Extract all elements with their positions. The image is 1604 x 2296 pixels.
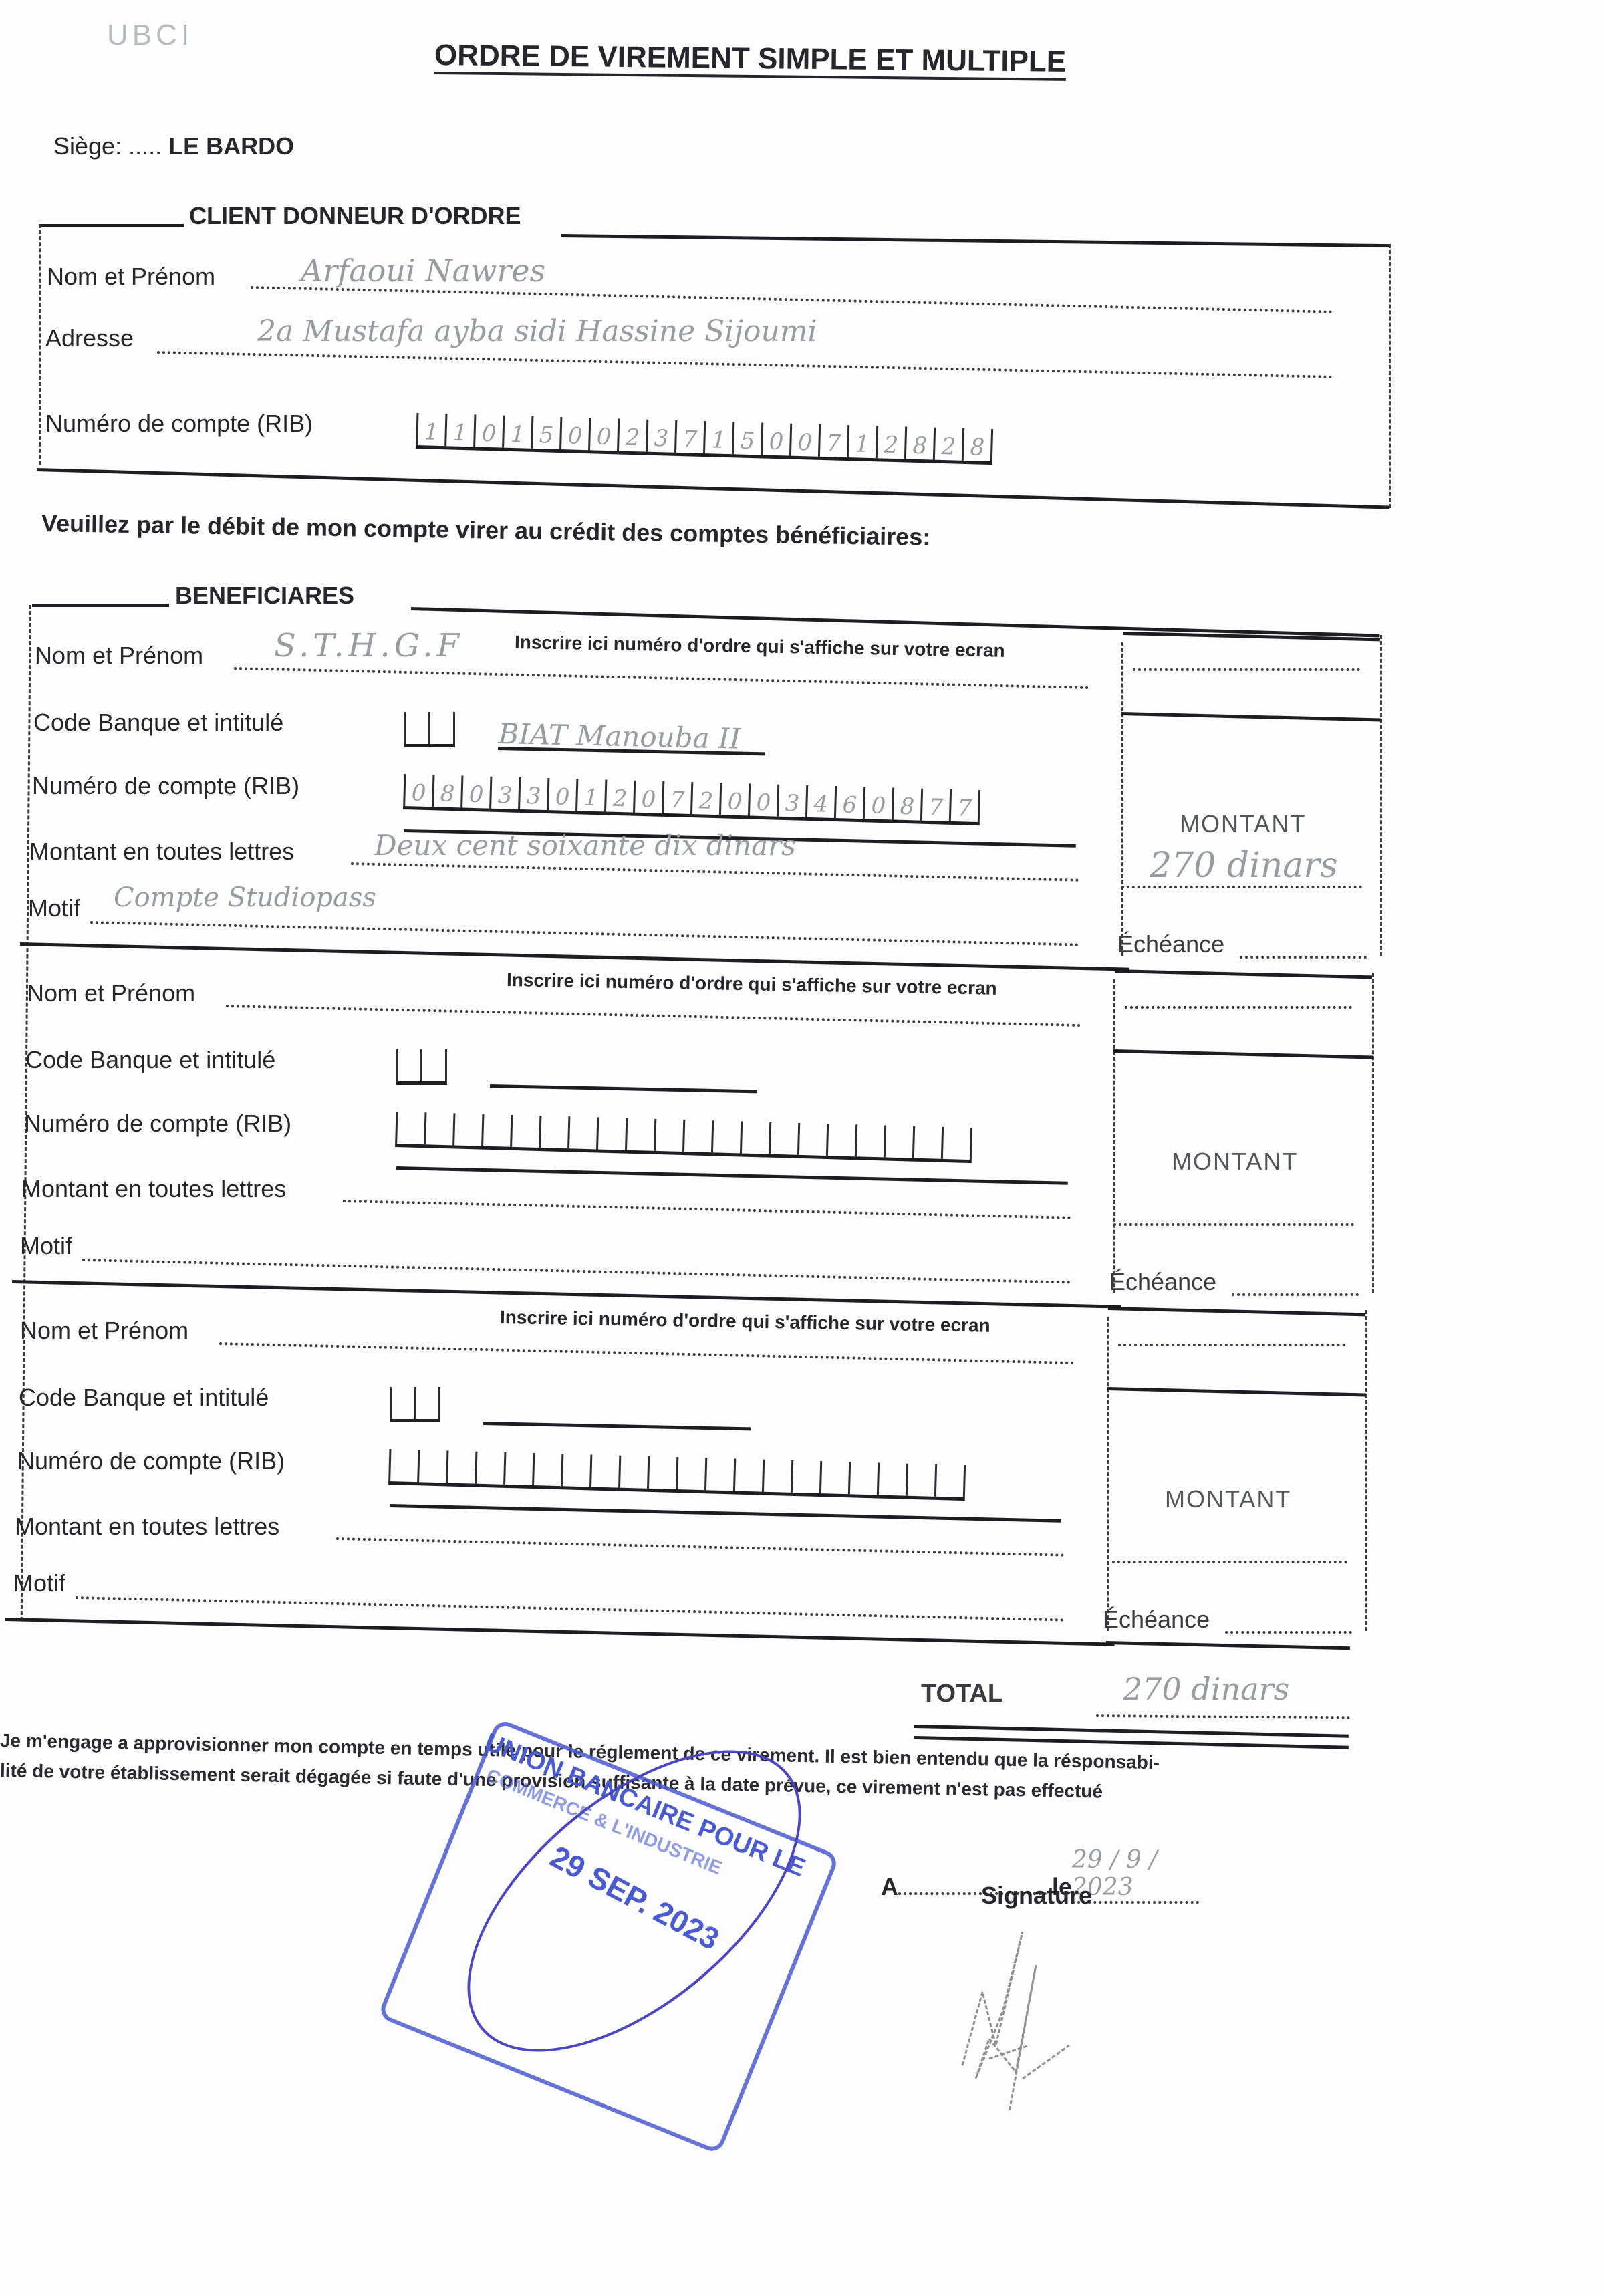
rib-digit-cell[interactable]: 2: [604, 779, 634, 812]
rib-digit-cell[interactable]: [567, 1116, 597, 1149]
rib-digit-cell[interactable]: [762, 1460, 791, 1493]
rib-digit-cell[interactable]: 2: [933, 428, 962, 461]
rib-digit-cell[interactable]: 7: [662, 781, 691, 814]
rib-digit-cell[interactable]: [388, 1449, 418, 1482]
client-section-title: CLIENT DONNEUR D'ORDRE: [189, 202, 521, 230]
beneficiary-name-label: Nom et Prénom: [35, 642, 203, 670]
siege-line: Siège: ..... LE BARDO: [53, 132, 294, 160]
montant-value[interactable]: 270 dinars: [1150, 846, 1338, 886]
instruction-text: Veuillez par le débit de mon compte vire…: [41, 509, 931, 551]
rib-digit-cell[interactable]: [682, 1120, 712, 1152]
rib-digit-cell[interactable]: 3: [518, 777, 547, 810]
siege-label: Siège: .....: [53, 132, 162, 160]
amount-words-label: Montant en toutes lettres: [29, 838, 294, 866]
rib-digit-cell[interactable]: 0: [588, 418, 618, 451]
amount-words-label: Montant en toutes lettres: [21, 1175, 286, 1203]
client-name-label: Nom et Prénom: [47, 263, 215, 291]
rib-digit-cell[interactable]: [826, 1124, 855, 1156]
rib-digit-cell[interactable]: 3: [646, 420, 675, 453]
rib-digit-cell[interactable]: [704, 1458, 734, 1491]
echeance-label: Échéance: [1117, 930, 1224, 959]
order-number-note: Inscrire ici numéro d'ordre qui s'affich…: [515, 632, 1005, 662]
montant-label: MONTANT: [1165, 1485, 1291, 1513]
bank-code-boxes[interactable]: [396, 1049, 447, 1085]
rib-digit-cell[interactable]: [532, 1453, 561, 1486]
order-number-field[interactable]: [1133, 645, 1360, 669]
total-value[interactable]: 270 dinars: [1123, 1671, 1289, 1707]
client-address-value[interactable]: 2a Mustafa ayba sidi Hassine Sijoumi: [257, 314, 817, 348]
rib-digit-cell[interactable]: [769, 1122, 798, 1155]
rib-digit-cell[interactable]: [877, 1462, 906, 1495]
rib-digit-cell[interactable]: 0: [863, 787, 892, 819]
montant-label: MONTANT: [1172, 1148, 1298, 1176]
bank-name-value: BIAT Manouba II: [498, 717, 741, 755]
rib-digit-cell[interactable]: [884, 1125, 913, 1158]
rib-digit-cell[interactable]: [618, 1456, 648, 1489]
rib-digit-cell[interactable]: 2: [690, 782, 720, 815]
bank-logo: UBCI: [107, 19, 193, 52]
rib-digit-cell[interactable]: [711, 1120, 741, 1153]
bank-name-field[interactable]: [483, 1392, 751, 1430]
beneficiary-rib-label: Numéro de compte (RIB): [17, 1447, 285, 1475]
rib-digit-cell[interactable]: [906, 1464, 935, 1497]
rib-digit-cell[interactable]: 7: [818, 424, 847, 457]
page-title: ORDRE DE VIREMENT SIMPLE ET MULTIPLE: [434, 39, 1067, 79]
rib-digit-cell[interactable]: [625, 1118, 654, 1151]
rib-digit-cell[interactable]: 1: [703, 421, 732, 454]
rib-digit-cell[interactable]: [676, 1457, 705, 1490]
rib-digit-cell[interactable]: 0: [547, 778, 576, 811]
rib-digit-cell[interactable]: [733, 1458, 763, 1491]
rib-digit-cell[interactable]: [819, 1461, 849, 1494]
beneficiary-rib-input[interactable]: 08033012072003460877: [403, 774, 980, 825]
rib-digit-cell[interactable]: [647, 1456, 676, 1489]
rib-digit-cell[interactable]: [855, 1124, 884, 1157]
rib-digit-cell[interactable]: 5: [531, 416, 560, 449]
order-number-note: Inscrire ici numéro d'ordre qui s'affich…: [500, 1307, 990, 1337]
rib-digit-cell[interactable]: 1: [444, 414, 474, 447]
rib-digit-cell[interactable]: 8: [962, 428, 993, 461]
rib-digit-cell[interactable]: 0: [719, 783, 749, 815]
rib-digit-cell[interactable]: [475, 1452, 504, 1485]
rib-digit-cell[interactable]: 1: [575, 779, 605, 811]
rib-digit-cell[interactable]: 0: [460, 775, 490, 808]
rib-digit-cell[interactable]: 0: [473, 414, 503, 447]
rib-digit-cell[interactable]: 8: [892, 787, 921, 820]
rib-digit-cell[interactable]: [395, 1112, 424, 1144]
order-number-note: Inscrire ici numéro d'ordre qui s'affich…: [507, 969, 997, 999]
rib-digit-cell[interactable]: 2: [876, 426, 905, 459]
rib-digit-cell[interactable]: [941, 1127, 972, 1160]
rib-digit-cell[interactable]: [503, 1452, 533, 1485]
rib-digit-cell[interactable]: 8: [904, 426, 934, 459]
rib-digit-cell[interactable]: 5: [732, 422, 761, 455]
rib-digit-cell[interactable]: [740, 1121, 769, 1154]
rib-digit-cell[interactable]: 2: [617, 418, 646, 451]
rib-digit-cell[interactable]: 7: [949, 789, 980, 822]
rib-digit-cell[interactable]: 1: [502, 416, 531, 449]
motif-label: Motif: [13, 1569, 65, 1598]
rib-digit-cell[interactable]: [424, 1112, 453, 1145]
rib-digit-cell[interactable]: 0: [748, 783, 777, 816]
rib-digit-cell[interactable]: 4: [805, 785, 835, 818]
signature-scribble[interactable]: [922, 1912, 1096, 2139]
rib-digit-cell[interactable]: 0: [789, 424, 819, 457]
rib-digit-cell[interactable]: 6: [834, 786, 863, 819]
bank-name-field[interactable]: BIAT Manouba II: [498, 717, 766, 755]
beneficiaries-section-title: BENEFICIARES: [175, 582, 354, 610]
rib-digit-cell[interactable]: 0: [559, 417, 589, 450]
beneficiary-rib-label: Numéro de compte (RIB): [32, 772, 299, 800]
beneficiary-rib-input[interactable]: [395, 1112, 972, 1163]
rib-digit-cell[interactable]: [912, 1126, 942, 1159]
amount-words-label: Montant en toutes lettres: [15, 1513, 279, 1541]
beneficiary-rib-label: Numéro de compte (RIB): [24, 1110, 291, 1138]
rib-digit-cell[interactable]: 1: [416, 413, 445, 446]
rib-digit-cell[interactable]: 8: [432, 775, 461, 807]
rib-digit-cell[interactable]: [417, 1450, 446, 1483]
rib-digit-cell[interactable]: [452, 1113, 482, 1146]
rib-digit-cell[interactable]: 7: [674, 420, 704, 453]
rib-digit-cell[interactable]: [654, 1119, 683, 1152]
echeance-label: Échéance: [1103, 1606, 1210, 1634]
rib-digit-cell[interactable]: 0: [633, 781, 662, 813]
motif-label: Motif: [20, 1232, 72, 1260]
total-label: TOTAL: [921, 1680, 1003, 1708]
echeance-field[interactable]: [1240, 929, 1367, 956]
rib-digit-cell[interactable]: 0: [761, 422, 790, 455]
amount-words-value[interactable]: Deux cent soixante dix dinars: [374, 829, 796, 862]
bank-code-label: Code Banque et intitulé: [19, 1384, 269, 1412]
rib-digit-cell[interactable]: [589, 1454, 619, 1487]
rib-digit-cell[interactable]: 0: [403, 774, 432, 807]
place-label: A: [881, 1873, 898, 1900]
beneficiary-name-label: Nom et Prénom: [20, 1317, 188, 1345]
rib-digit-cell[interactable]: [510, 1115, 539, 1148]
rib-digit-cell[interactable]: 7: [920, 789, 950, 821]
bank-name-field[interactable]: [490, 1055, 758, 1093]
bank-code-boxes[interactable]: [390, 1387, 440, 1422]
client-rib-label: Numéro de compte (RIB): [45, 410, 313, 438]
echeance-field[interactable]: [1232, 1267, 1359, 1293]
client-rib-input[interactable]: 11015002371500712828: [416, 413, 993, 465]
bank-code-boxes[interactable]: [404, 712, 455, 747]
beneficiary-rib-input[interactable]: [388, 1449, 966, 1501]
signature-label: Signature: [981, 1882, 1092, 1910]
rib-digit-cell[interactable]: [791, 1460, 820, 1493]
motif-value[interactable]: Compte Studiopass: [114, 882, 376, 913]
motif-label: Motif: [28, 894, 80, 922]
siege-value: LE BARDO: [168, 132, 294, 160]
rib-digit-cell[interactable]: [539, 1116, 568, 1148]
order-number-field[interactable]: [1118, 1320, 1345, 1344]
beneficiary-name-label: Nom et Prénom: [27, 979, 195, 1007]
rib-digit-cell[interactable]: [848, 1462, 878, 1495]
rib-digit-cell[interactable]: 3: [777, 785, 806, 817]
montant-label: MONTANT: [1180, 810, 1306, 838]
echeance-label: Échéance: [1109, 1268, 1216, 1296]
rib-digit-cell[interactable]: [481, 1114, 511, 1147]
client-name-value[interactable]: Arfaoui Nawres: [301, 253, 545, 289]
order-number-field[interactable]: [1125, 983, 1352, 1007]
beneficiary-name-value[interactable]: S.T.H.G.F: [274, 627, 463, 664]
rib-digit-cell[interactable]: [934, 1464, 966, 1497]
rib-digit-cell[interactable]: 1: [847, 425, 876, 458]
bank-code-label: Code Banque et intitulé: [33, 709, 283, 737]
echeance-field[interactable]: [1225, 1604, 1352, 1631]
bank-code-label: Code Banque et intitulé: [25, 1046, 275, 1074]
rib-digit-cell[interactable]: [446, 1450, 475, 1483]
rib-digit-cell[interactable]: 3: [489, 777, 519, 809]
rib-digit-cell[interactable]: [596, 1117, 626, 1150]
rib-digit-cell[interactable]: [561, 1454, 590, 1487]
rib-digit-cell[interactable]: [797, 1123, 827, 1156]
client-address-label: Adresse: [45, 324, 134, 352]
